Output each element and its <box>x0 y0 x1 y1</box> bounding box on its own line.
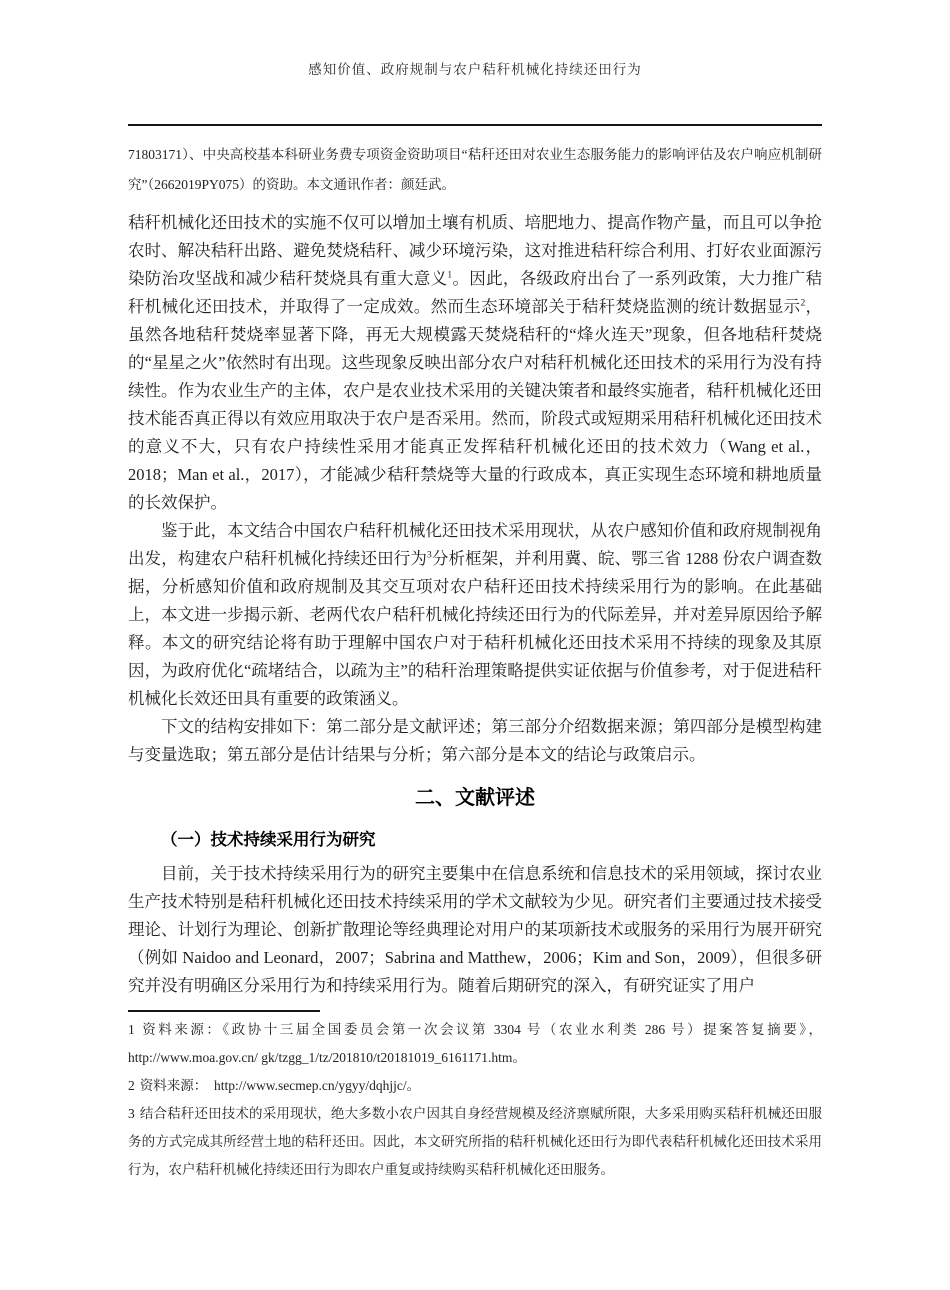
footnote-number: 1 <box>128 1022 135 1037</box>
paragraph: 鉴于此，本文结合中国农户秸秆机械化还田技术采用现状，从农户感知价值和政府规制视角… <box>128 517 822 713</box>
footnote-continuation-text: 71803171）、中央高校基本科研业务费专项资金资助项目“秸秆还田对农业生态服… <box>128 140 822 200</box>
footnote-number: 2 <box>128 1078 135 1093</box>
intro-paragraphs: 秸秆机械化还田技术的实施不仅可以增加土壤有机质、培肥地力、提高作物产量，而且可以… <box>128 209 822 769</box>
document-page: 感知价值、政府规制与农户秸秆机械化持续还田行为 71803171）、中央高校基本… <box>0 0 950 1290</box>
subsection-heading-continuous-adoption: （一）技术持续采用行为研究 <box>128 829 822 851</box>
paragraph: 下文的结构安排如下：第二部分是文献评述；第三部分介绍数据来源；第四部分是模型构建… <box>128 713 822 769</box>
footnotes-list: 1资料来源：《政协十三届全国委员会第一次会议第 3304 号（农业水利类 286… <box>128 1016 822 1184</box>
footnote-item: 1资料来源：《政协十三届全国委员会第一次会议第 3304 号（农业水利类 286… <box>128 1016 822 1072</box>
section-heading-literature-review: 二、文献评述 <box>128 785 822 811</box>
footnote-number: 3 <box>128 1106 135 1121</box>
footnote-reference: 2 <box>800 299 805 309</box>
paragraph: 秸秆机械化还田技术的实施不仅可以增加土壤有机质、培肥地力、提高作物产量，而且可以… <box>128 209 822 517</box>
paragraph: 目前，关于技术持续采用行为的研究主要集中在信息系统和信息技术的采用领域，探讨农业… <box>128 860 822 1000</box>
footnote-continuation-separator <box>128 124 822 126</box>
footnote-item: 2资料来源： http://www.secmep.cn/ygyy/dqhjjc/… <box>128 1072 822 1100</box>
footnote-reference: 3 <box>427 551 432 561</box>
footnote-item: 3结合秸秆还田技术的采用现状，绝大多数小农户因其自身经营规模及经济禀赋所限，大多… <box>128 1100 822 1184</box>
footnote-separator <box>128 1010 320 1012</box>
footnote-reference: 1 <box>447 271 452 281</box>
literature-paragraphs: 目前，关于技术持续采用行为的研究主要集中在信息系统和信息技术的采用领域，探讨农业… <box>128 860 822 1000</box>
running-head: 感知价值、政府规制与农户秸秆机械化持续还田行为 <box>128 62 822 78</box>
